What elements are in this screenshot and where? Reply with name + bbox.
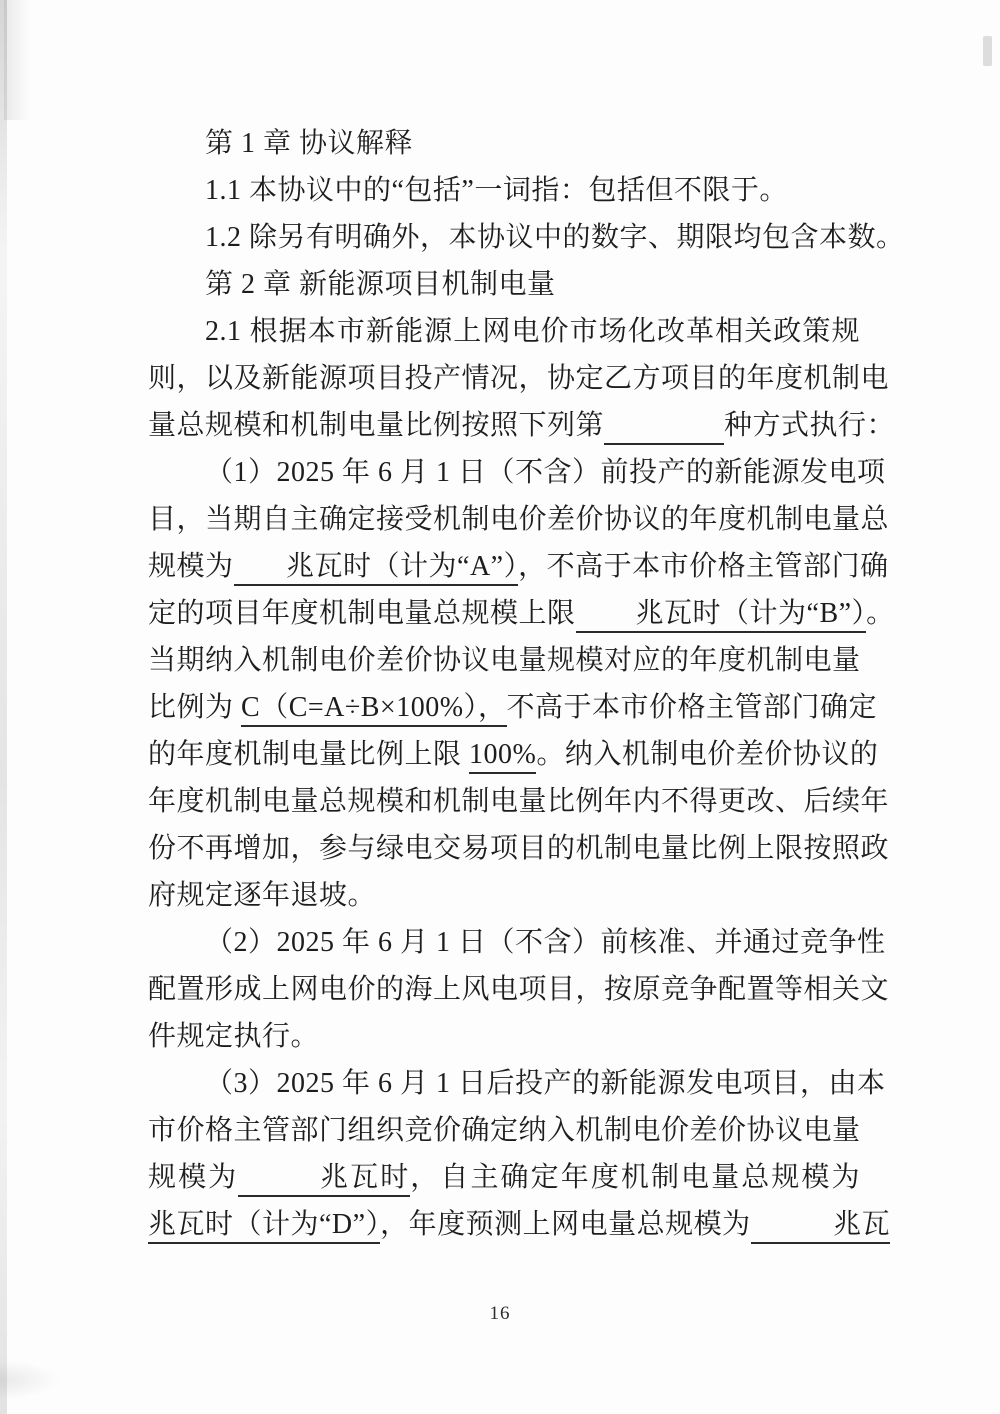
scan-artifact-right-edge xyxy=(983,36,992,66)
document-line: 当期纳入机制电价差价协议电量规模对应的年度机制电量 xyxy=(148,637,860,684)
document-line: 市价格主管部门组织竞价确定纳入机制电价差价协议电量 xyxy=(148,1107,860,1154)
document-line: 年度机制电量总规模和机制电量比例年内不得更改、后续年 xyxy=(148,778,860,825)
document-body: 第 1 章 协议解释1.1 本协议中的“包括”一词指：包括但不限于。1.2 除另… xyxy=(148,120,860,1248)
document-line: 1.1 本协议中的“包括”一词指：包括但不限于。 xyxy=(148,167,860,214)
document-line: 份不再增加，参与绿电交易项目的机制电量比例上限按照政 xyxy=(148,825,860,872)
underlined-field: 100% xyxy=(469,739,536,774)
document-line: 规模为 兆瓦时（计为“A”），不高于本市价格主管部门确 xyxy=(148,543,860,590)
text-segment: 市价格主管部门组织竞价确定纳入机制电价差价协议电量 xyxy=(148,1115,861,1146)
text-segment: （1）2025 年 6 月 1 日（不含）前投产的新能源发电项 xyxy=(205,457,886,488)
document-line: 定的项目年度机制电量总规模上限 兆瓦时（计为“B”）。 xyxy=(148,590,860,637)
page-number: 16 xyxy=(0,1303,1000,1325)
text-segment: 府规定逐年退坡。 xyxy=(148,880,376,911)
underlined-field: C（C=A÷B×100%）， xyxy=(241,692,507,727)
underlined-field: 兆瓦时（计为“A”） xyxy=(234,551,519,586)
text-segment: 规模为 xyxy=(148,1162,238,1193)
text-segment: 第 1 章 协议解释 xyxy=(205,128,413,159)
document-line: 1.2 除另有明确外，本协议中的数字、期限均包含本数。 xyxy=(148,214,860,261)
text-segment: 比例为 xyxy=(148,692,241,723)
document-line: 目，当期自主确定接受机制电价差价协议的年度机制电量总 xyxy=(148,496,860,543)
text-segment: 当期纳入机制电价差价协议电量规模对应的年度机制电量 xyxy=(148,645,861,676)
document-line: （1）2025 年 6 月 1 日（不含）前投产的新能源发电项 xyxy=(148,449,860,496)
document-line: 配置形成上网电价的海上风电项目，按原竞争配置等相关文 xyxy=(148,966,860,1013)
document-line: 的年度机制电量比例上限 100%。纳入机制电价差价协议的 xyxy=(148,731,860,778)
scan-artifact-bottom-left xyxy=(0,1360,60,1400)
text-segment: 1.2 除另有明确外，本协议中的数字、期限均包含本数。 xyxy=(205,222,905,253)
underlined-field: 兆瓦 xyxy=(751,1209,891,1244)
text-segment: 目，当期自主确定接受机制电价差价协议的年度机制电量总 xyxy=(148,504,889,535)
document-line: （3）2025 年 6 月 1 日后投产的新能源发电项目，由本 xyxy=(148,1060,860,1107)
text-segment: 第 2 章 新能源项目机制电量 xyxy=(205,269,556,300)
document-line: 量总规模和机制电量比例按照下列第 种方式执行： xyxy=(148,402,860,449)
text-segment: 种方式执行： xyxy=(724,410,895,441)
underlined-field: 兆瓦时（计为“B”） xyxy=(576,598,867,633)
text-segment: （2）2025 年 6 月 1 日（不含）前核准、并通过竞争性 xyxy=(205,927,886,958)
text-segment: （3）2025 年 6 月 1 日后投产的新能源发电项目，由本 xyxy=(205,1068,886,1099)
text-segment: 2.1 根据本市新能源上网电价市场化改革相关政策规 xyxy=(205,316,860,347)
text-segment: ，自主确定年度机制电量总规模为 xyxy=(410,1162,860,1193)
text-segment: 配置形成上网电价的海上风电项目，按原竞争配置等相关文 xyxy=(148,974,889,1005)
text-segment: 份不再增加，参与绿电交易项目的机制电量比例上限按照政 xyxy=(148,833,889,864)
text-segment: 规模为 xyxy=(148,551,234,582)
document-line: 2.1 根据本市新能源上网电价市场化改革相关政策规 xyxy=(148,308,860,355)
text-segment: 量总规模和机制电量比例按照下列第 xyxy=(148,410,604,441)
underlined-field: 兆瓦时（计为“D”） xyxy=(148,1209,380,1244)
document-line: （2）2025 年 6 月 1 日（不含）前核准、并通过竞争性 xyxy=(148,919,860,966)
document-line: 第 2 章 新能源项目机制电量 xyxy=(148,261,860,308)
document-line: 规模为 兆瓦时，自主确定年度机制电量总规模为 xyxy=(148,1154,860,1201)
text-segment: ，年度预测上网电量总规模为 xyxy=(380,1209,751,1240)
text-segment: 件规定执行。 xyxy=(148,1021,319,1052)
text-segment: 。纳入机制电价差价协议的 xyxy=(536,739,878,770)
text-segment: 则，以及新能源项目投产情况，协定乙方项目的年度机制电 xyxy=(148,363,889,394)
underlined-field xyxy=(604,410,724,445)
document-line: 府规定逐年退坡。 xyxy=(148,872,860,919)
document-line: 比例为 C（C=A÷B×100%），不高于本市价格主管部门确定 xyxy=(148,684,860,731)
text-segment: 的年度机制电量比例上限 xyxy=(148,739,469,770)
text-segment: 不高于本市价格主管部门确定 xyxy=(507,692,878,723)
scan-artifact-top-left xyxy=(4,0,30,120)
scan-artifact-left-edge xyxy=(0,0,7,1414)
document-line: 第 1 章 协议解释 xyxy=(148,120,860,167)
text-segment: 年度机制电量总规模和机制电量比例年内不得更改、后续年 xyxy=(148,786,889,817)
document-line: 兆瓦时（计为“D”），年度预测上网电量总规模为 兆瓦 xyxy=(148,1201,860,1248)
text-segment: ，不高于本市价格主管部门确 xyxy=(518,551,889,582)
document-line: 件规定执行。 xyxy=(148,1013,860,1060)
document-page: 第 1 章 协议解释1.1 本协议中的“包括”一词指：包括但不限于。1.2 除另… xyxy=(0,0,1000,1414)
text-segment: 。 xyxy=(866,598,895,629)
document-line: 则，以及新能源项目投产情况，协定乙方项目的年度机制电 xyxy=(148,355,860,402)
text-segment: 定的项目年度机制电量总规模上限 xyxy=(148,598,576,629)
underlined-field: 兆瓦时 xyxy=(238,1162,410,1197)
text-segment: 1.1 本协议中的“包括”一词指：包括但不限于。 xyxy=(205,175,788,206)
